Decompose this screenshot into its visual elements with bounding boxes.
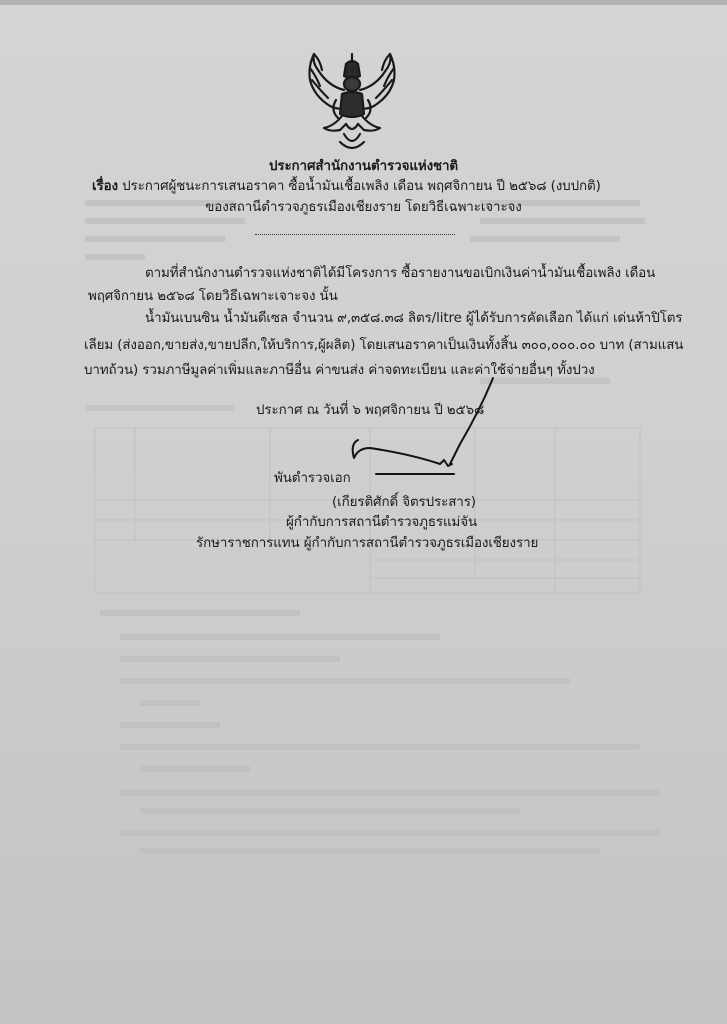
- body-para1-line1: ตามที่สำนักงานตำรวจแห่งชาติได้มีโครงการ …: [145, 265, 655, 283]
- signatory-position: ผู้กำกับการสถานีตำรวจภูธรแม่จัน: [286, 514, 477, 532]
- subject-line: เรื่อง ประกาศผู้ชนะการเสนอราคา ซื้อน้ำมั…: [92, 178, 601, 196]
- garuda-emblem-icon: [300, 50, 404, 155]
- subject-line-2: ของสถานีตำรวจภูธรเมืองเชียงราย โดยวิธีเฉ…: [0, 199, 727, 217]
- body-para2-line2: เลียม (ส่งออก,ขายส่ง,ขายปลีก,ให้บริการ,ผ…: [84, 337, 683, 355]
- handwritten-signature: [320, 370, 520, 480]
- signatory-rank: พันตำรวจเอก: [274, 470, 351, 488]
- document-page: ประกาศสำนักงานตำรวจแห่งชาติ เรื่อง ประกา…: [0, 0, 727, 1024]
- separator-dots: [255, 232, 455, 235]
- subject-label: เรื่อง: [92, 179, 118, 194]
- body-para2-line1: น้ำมันเบนซิน น้ำมันดีเซล จำนวน ๙,๓๕๘.๓๘ …: [145, 310, 682, 328]
- signatory-acting-as: รักษาราชการแทน ผู้กำกับการสถานีตำรวจภูธร…: [196, 535, 538, 553]
- body-para1-line2: พฤศจิกายน ๒๕๖๘ โดยวิธีเฉพาะเจาะจง นั้น: [88, 288, 338, 306]
- subject-text: ประกาศผู้ชนะการเสนอราคา ซื้อน้ำมันเชื้อเ…: [122, 179, 601, 194]
- agency-title: ประกาศสำนักงานตำรวจแห่งชาติ: [0, 158, 727, 176]
- paper-top-edge: [0, 0, 727, 5]
- signatory-name: (เกียรติศักดิ์ จิตรประสาร): [332, 494, 476, 512]
